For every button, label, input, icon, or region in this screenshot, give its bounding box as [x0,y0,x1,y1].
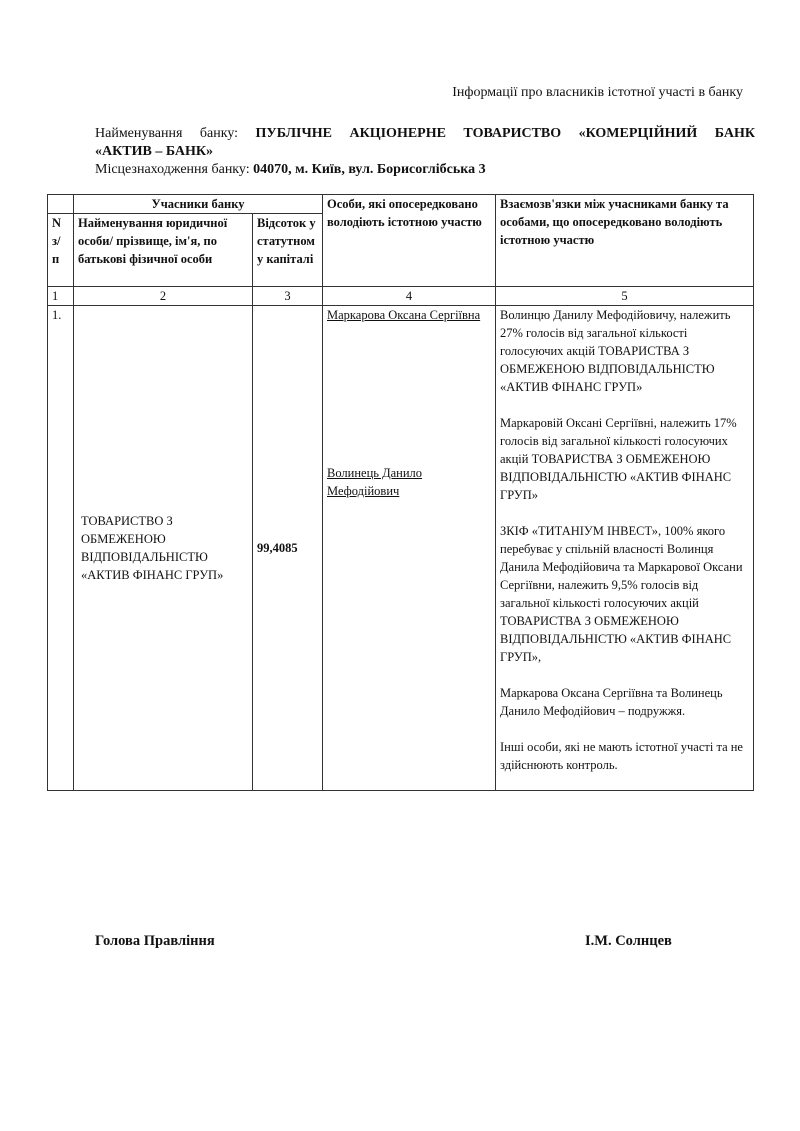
column-number: 1 [48,287,74,306]
header-relations: Взаємозв'язки між учасниками банку та ос… [496,195,754,287]
row-num: 1. [48,306,74,791]
header-empty-cell [48,195,74,214]
bank-name-value-1: ПУБЛІЧНЕ АКЦІОНЕРНЕ ТОВАРИСТВО «КОМЕРЦІЙ… [256,126,755,141]
header-num: N з/ п [48,214,74,287]
column-number: 5 [496,287,754,306]
indirect-person-link[interactable]: Маркарова Оксана Сергіївна [327,306,491,324]
bank-name-line: Найменування банку: ПУБЛІЧНЕ АКЦІОНЕРНЕ … [95,125,755,143]
indirect-person-link[interactable]: Волинець Данило Мефодійович [327,464,491,500]
row-indirect-persons: Маркарова Оксана Сергіївна Волинець Дани… [323,306,496,791]
relation-paragraph: Інші особи, які не мають істотної участі… [500,738,749,774]
table-row: 1. ТОВАРИСТВО З ОБМЕЖЕНОЮ ВІДПОВІДАЛЬНІС… [48,306,754,791]
row-relations: Волинцю Данилу Мефодійовичу, належить 27… [496,306,754,791]
bank-location-line: Місцезнаходження банку: 04070, м. Київ, … [95,161,755,179]
header-name: Найменування юридичної особи/ прізвище, … [74,214,253,287]
bank-name-label: Найменування банку: [95,126,238,141]
relation-paragraph: Волинцю Данилу Мефодійовичу, належить 27… [500,306,749,396]
bank-location-label: Місцезнаходження банку: [95,162,250,177]
column-number: 4 [323,287,496,306]
header-row-group: Учасники банку Особи, які опосередковано… [48,195,754,214]
bank-info: Найменування банку: ПУБЛІЧНЕ АКЦІОНЕРНЕ … [95,125,755,179]
relation-paragraph: ЗКІФ «ТИТАНІУМ ІНВЕСТ», 100% якого переб… [500,522,749,666]
bank-name-line-2: «АКТИВ – БАНК» [95,143,755,161]
document-title: Інформації про власників істотної участі… [452,84,743,102]
bank-name-value-2: «АКТИВ – БАНК» [95,144,213,159]
bank-location-value: 04070, м. Київ, вул. Борисоглібська 3 [253,162,485,177]
row-percent: 99,4085 [253,306,323,791]
column-numbers-row: 1 2 3 4 5 [48,287,754,306]
header-group-participants: Учасники банку [74,195,323,214]
header-percent: Відсоток у статутном у капіталі [253,214,323,287]
signature-position: Голова Правління [95,933,215,950]
column-number: 3 [253,287,323,306]
owners-table: Учасники банку Особи, які опосередковано… [47,194,754,791]
relation-paragraph: Маркаровій Оксані Сергіївні, належить 17… [500,414,749,504]
relation-paragraph: Маркарова Оксана Сергіївна та Волинець Д… [500,684,749,720]
row-participant-name: ТОВАРИСТВО З ОБМЕЖЕНОЮ ВІДПОВІДАЛЬНІСТЮ … [74,306,253,791]
column-number: 2 [74,287,253,306]
header-indirect-owners: Особи, які опосередковано володіють істо… [323,195,496,287]
signature-name: І.М. Солнцев [585,933,672,950]
